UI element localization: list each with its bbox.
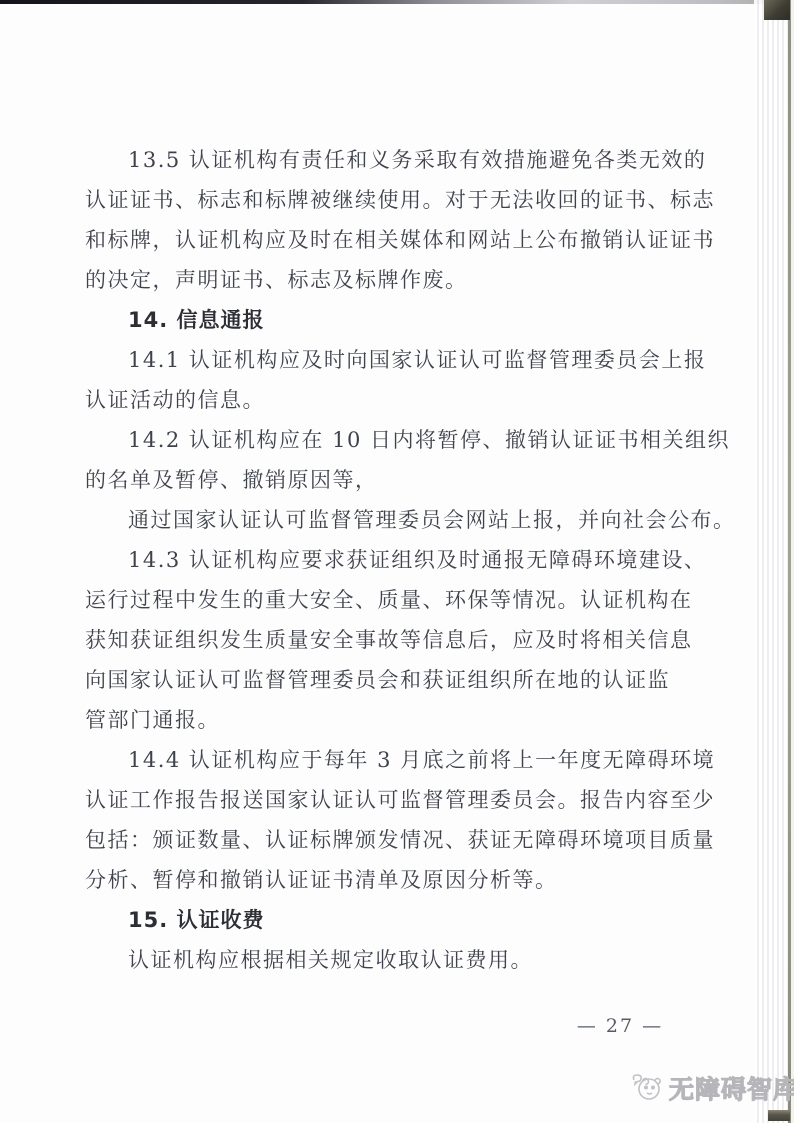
text-line: 和标牌，认证机构应及时在相关媒体和网站上公布撤销认证证书 bbox=[85, 220, 719, 260]
text-line: 运行过程中发生的重大安全、质量、环保等情况。认证机构在 bbox=[85, 580, 719, 620]
text-line: 向国家认证认可监督管理委员会和获证组织所在地的认证监 bbox=[85, 660, 719, 700]
scan-corner-mark-top-right bbox=[764, 0, 790, 20]
text-line: 15. 认证收费 bbox=[85, 900, 719, 940]
text-line: 认证活动的信息。 bbox=[85, 380, 719, 420]
text-line: 获知获证组织发生质量安全事故等信息后，应及时将相关信息 bbox=[85, 620, 719, 660]
text-line: 的决定，声明证书、标志及标牌作废。 bbox=[85, 260, 719, 300]
text-line: 分析、暂停和撤销认证证书清单及原因分析等。 bbox=[85, 860, 719, 900]
text-line: 14. 信息通报 bbox=[85, 300, 719, 340]
scan-corner-mark-bottom-right bbox=[768, 1110, 790, 1121]
text-line: 包括：颁证数量、认证标牌颁发情况、获证无障碍环境项目质量 bbox=[85, 820, 719, 860]
page-number: — 27 — bbox=[560, 1015, 680, 1037]
text-line: 认证机构应根据相关规定收取认证费用。 bbox=[85, 940, 719, 980]
text-line: 认证工作报告报送国家认证认可监督管理委员会。报告内容至少 bbox=[85, 780, 719, 820]
text-line: 通过国家认证认可监督管理委员会网站上报，并向社会公布。 bbox=[85, 500, 719, 540]
watermark: 无障碍智库 bbox=[630, 1070, 794, 1106]
scan-top-edge bbox=[0, 0, 794, 4]
text-line: 14.1 认证机构应及时向国家认证认可监督管理委员会上报 bbox=[85, 340, 719, 380]
document-page: 13.5 认证机构有责任和义务采取有效措施避免各类无效的认证证书、标志和标牌被继… bbox=[0, 0, 794, 1123]
panda-chat-icon bbox=[630, 1072, 664, 1104]
text-line: 14.2 认证机构应在 10 日内将暂停、撤销认证证书相关组织 bbox=[85, 420, 719, 460]
text-line: 13.5 认证机构有责任和义务采取有效措施避免各类无效的 bbox=[85, 140, 719, 180]
text-line: 14.3 认证机构应要求获证组织及时通报无障碍环境建设、 bbox=[85, 540, 719, 580]
scan-page-edges bbox=[754, 0, 788, 1123]
text-line: 认证证书、标志和标牌被继续使用。对于无法收回的证书、标志 bbox=[85, 180, 719, 220]
watermark-brand: 无障碍智库 bbox=[669, 1070, 794, 1106]
text-line: 的名单及暂停、撤销原因等， bbox=[85, 460, 719, 500]
text-line: 14.4 认证机构应于每年 3 月底之前将上一年度无障碍环境 bbox=[85, 740, 719, 780]
text-line: 管部门通报。 bbox=[85, 700, 719, 740]
document-body: 13.5 认证机构有责任和义务采取有效措施避免各类无效的认证证书、标志和标牌被继… bbox=[85, 140, 719, 980]
